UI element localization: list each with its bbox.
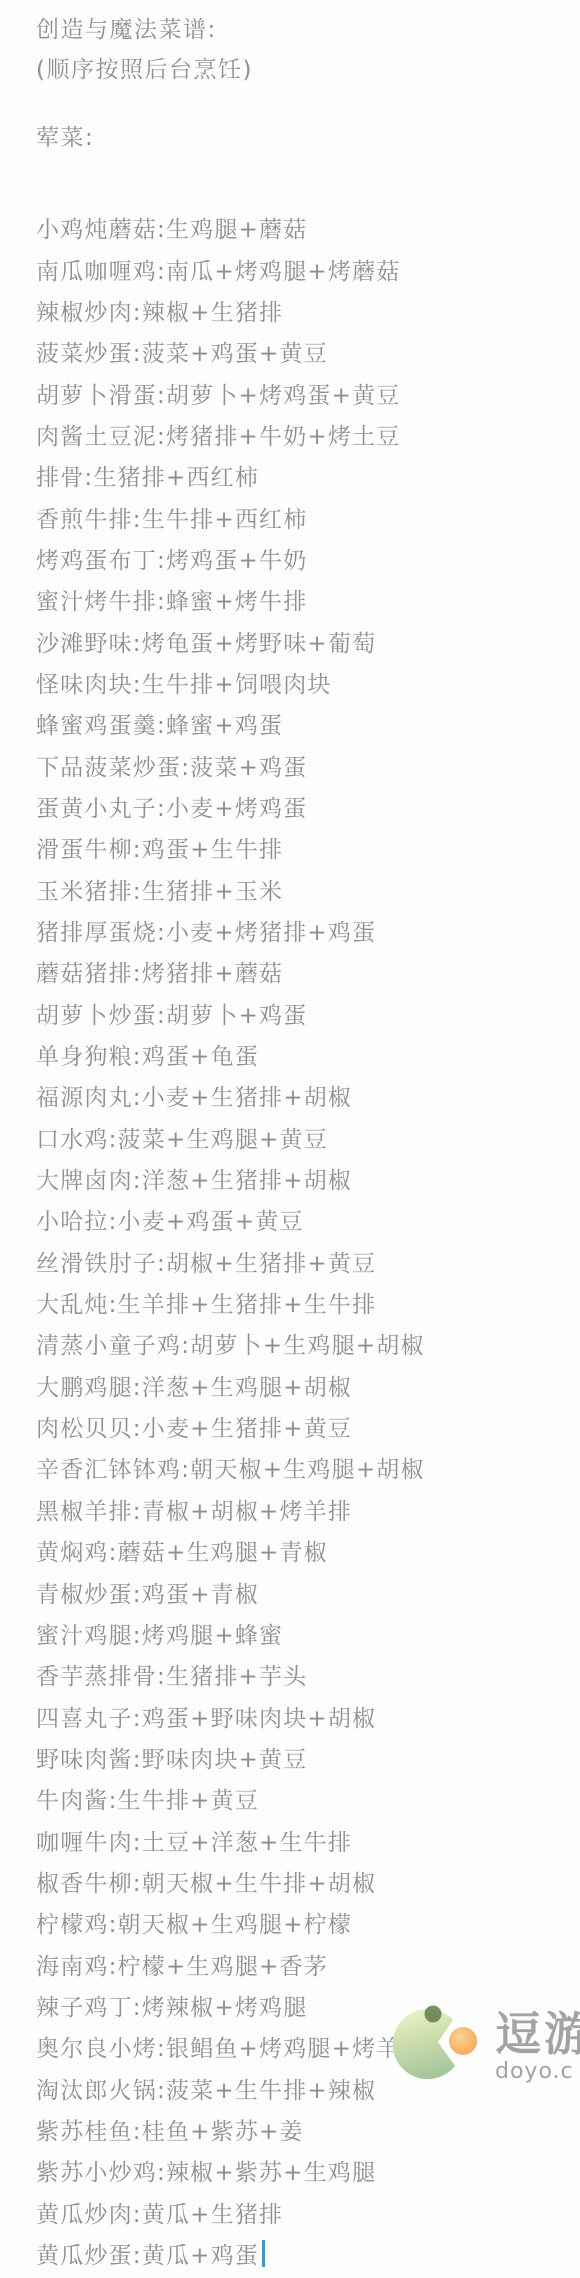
recipe-text: 肉松贝贝:小麦+生猪排+黄豆 <box>36 1410 352 1443</box>
recipe-text: 丝滑铁肘子:胡椒+生猪排+黄豆 <box>36 1245 376 1278</box>
recipe-line: 四喜丸子:鸡蛋+野味肉块+胡椒 <box>36 1695 580 1736</box>
recipe-line: 大牌卤肉:洋葱+生猪排+胡椒 <box>36 1158 580 1199</box>
recipe-line: 柠檬鸡:朝天椒+生鸡腿+柠檬 <box>36 1902 580 1943</box>
recipe-text: 蜜汁鸡腿:烤鸡腿+蜂蜜 <box>36 1617 283 1650</box>
recipe-line: 滑蛋牛柳:鸡蛋+生牛排 <box>36 827 580 868</box>
recipe-text: 福源肉丸:小麦+生猪排+胡椒 <box>36 1079 352 1112</box>
doyo-pacman-icon <box>389 2003 481 2085</box>
recipe-line: 青椒炒蛋:鸡蛋+青椒 <box>36 1571 580 1612</box>
recipe-text: 黑椒羊排:青椒+胡椒+烤羊排 <box>36 1493 352 1526</box>
recipe-line: 单身狗粮:鸡蛋+龟蛋 <box>36 1034 580 1075</box>
recipe-line: 下品菠菜炒蛋:菠菜+鸡蛋 <box>36 744 580 785</box>
recipe-text: 大牌卤肉:洋葱+生猪排+胡椒 <box>36 1162 352 1195</box>
recipe-line: 牛肉酱:生牛排+黄豆 <box>36 1778 580 1819</box>
recipe-line: 蜜汁鸡腿:烤鸡腿+蜂蜜 <box>36 1613 580 1654</box>
recipe-line: 野味肉酱:野味肉块+黄豆 <box>36 1737 580 1778</box>
recipe-text: 辛香汇钵钵鸡:朝天椒+生鸡腿+胡椒 <box>36 1451 425 1484</box>
document-page: 创造与魔法菜谱: (顺序按照后台烹饪) 荤菜: 小鸡炖蘑菇:生鸡腿+蘑菇南瓜咖喱… <box>0 0 580 2278</box>
recipe-line: 肉酱土豆泥:烤猪排+牛奶+烤土豆 <box>36 414 580 455</box>
recipe-line: 咖喱牛肉:土豆+洋葱+生牛排 <box>36 1819 580 1860</box>
recipe-line: 紫苏小炒鸡:辣椒+紫苏+生鸡腿 <box>36 2150 580 2191</box>
recipe-text: 小哈拉:小麦+鸡蛋+黄豆 <box>36 1203 304 1236</box>
doyo-watermark: 逗游 doyo.c <box>389 2003 580 2095</box>
recipe-line: 肉松贝贝:小麦+生猪排+黄豆 <box>36 1406 580 1447</box>
recipe-text: 黄瓜炒蛋:黄瓜+鸡蛋 <box>36 2237 259 2270</box>
recipe-line: 南瓜咖喱鸡:南瓜+烤鸡腿+烤蘑菇 <box>36 248 580 289</box>
recipe-text: 四喜丸子:鸡蛋+野味肉块+胡椒 <box>36 1700 376 1733</box>
recipe-line: 小哈拉:小麦+鸡蛋+黄豆 <box>36 1199 580 1240</box>
recipe-line: 黄瓜炒蛋:黄瓜+鸡蛋 <box>36 2233 580 2274</box>
recipe-line: 怪味肉块:生牛排+饲喂肉块 <box>36 662 580 703</box>
recipe-line: 大乱炖:生羊排+生猪排+生牛排 <box>36 1282 580 1323</box>
recipe-line: 猪排厚蛋烧:小麦+烤猪排+鸡蛋 <box>36 910 580 951</box>
recipe-text: 排骨:生猪排+西红柿 <box>36 459 259 492</box>
recipe-text: 辣椒炒肉:辣椒+生猪排 <box>36 294 283 327</box>
recipe-line: 辛香汇钵钵鸡:朝天椒+生鸡腿+胡椒 <box>36 1447 580 1488</box>
watermark-text: 逗游 doyo.c <box>495 2009 580 2084</box>
recipe-line: 椒香牛柳:朝天椒+生牛排+胡椒 <box>36 1861 580 1902</box>
recipe-line: 排骨:生猪排+西红柿 <box>36 455 580 496</box>
recipe-text: 下品菠菜炒蛋:菠菜+鸡蛋 <box>36 749 307 782</box>
recipe-text: 海南鸡:柠檬+生鸡腿+香茅 <box>36 1948 328 1981</box>
recipe-line: 紫苏桂鱼:桂鱼+紫苏+姜 <box>36 2109 580 2150</box>
recipe-text: 清蒸小童子鸡:胡萝卜+生鸡腿+胡椒 <box>36 1327 425 1360</box>
recipe-line: 胡萝卜炒蛋:胡萝卜+鸡蛋 <box>36 993 580 1034</box>
recipe-list: 小鸡炖蘑菇:生鸡腿+蘑菇南瓜咖喱鸡:南瓜+烤鸡腿+烤蘑菇辣椒炒肉:辣椒+生猪排菠… <box>36 207 580 2274</box>
recipe-text: 咖喱牛肉:土豆+洋葱+生牛排 <box>36 1824 352 1857</box>
recipe-text: 牛肉酱:生牛排+黄豆 <box>36 1782 259 1815</box>
recipe-line: 菠菜炒蛋:菠菜+鸡蛋+黄豆 <box>36 331 580 372</box>
recipe-text: 蘑菇猪排:烤猪排+蘑菇 <box>36 955 283 988</box>
recipe-line: 黄焖鸡:蘑菇+生鸡腿+青椒 <box>36 1530 580 1571</box>
recipe-text: 怪味肉块:生牛排+饲喂肉块 <box>36 666 332 699</box>
recipe-line: 烤鸡蛋布丁:烤鸡蛋+牛奶 <box>36 538 580 579</box>
recipe-line: 丝滑铁肘子:胡椒+生猪排+黄豆 <box>36 1241 580 1282</box>
recipe-line: 大鹏鸡腿:洋葱+生鸡腿+胡椒 <box>36 1365 580 1406</box>
recipe-text: 辣子鸡丁:烤辣椒+烤鸡腿 <box>36 1989 307 2022</box>
watermark-domain: doyo.c <box>495 2060 580 2084</box>
recipe-text: 南瓜咖喱鸡:南瓜+烤鸡腿+烤蘑菇 <box>36 253 401 286</box>
recipe-line: 口水鸡:菠菜+生鸡腿+黄豆 <box>36 1117 580 1158</box>
recipe-text: 玉米猪排:生猪排+玉米 <box>36 873 283 906</box>
recipe-line: 蜜汁烤牛排:蜂蜜+烤牛排 <box>36 579 580 620</box>
watermark-brand-name: 逗游 <box>495 2009 580 2059</box>
recipe-text: 野味肉酱:野味肉块+黄豆 <box>36 1741 307 1774</box>
doc-subtitle: (顺序按照后台烹饪) <box>36 52 580 82</box>
recipe-line: 蘑菇猪排:烤猪排+蘑菇 <box>36 951 580 992</box>
recipe-text: 胡萝卜炒蛋:胡萝卜+鸡蛋 <box>36 997 307 1030</box>
recipe-line: 辣椒炒肉:辣椒+生猪排 <box>36 290 580 331</box>
recipe-text: 紫苏小炒鸡:辣椒+紫苏+生鸡腿 <box>36 2154 376 2187</box>
recipe-text: 菠菜炒蛋:菠菜+鸡蛋+黄豆 <box>36 335 328 368</box>
recipe-text: 黄焖鸡:蘑菇+生鸡腿+青椒 <box>36 1534 328 1567</box>
text-cursor <box>262 2240 265 2267</box>
recipe-text: 沙滩野味:烤龟蛋+烤野味+葡萄 <box>36 625 376 658</box>
text-editor-area[interactable]: 创造与魔法菜谱: (顺序按照后台烹饪) 荤菜: 小鸡炖蘑菇:生鸡腿+蘑菇南瓜咖喱… <box>0 0 580 2278</box>
recipe-line: 蜂蜜鸡蛋羹:蜂蜜+鸡蛋 <box>36 703 580 744</box>
recipe-line: 福源肉丸:小麦+生猪排+胡椒 <box>36 1075 580 1116</box>
recipe-text: 滑蛋牛柳:鸡蛋+生牛排 <box>36 831 283 864</box>
recipe-text: 柠檬鸡:朝天椒+生鸡腿+柠檬 <box>36 1906 352 1939</box>
recipe-text: 淘汰郎火锅:菠菜+生牛排+辣椒 <box>36 2072 376 2105</box>
recipe-text: 香芋蒸排骨:生猪排+芋头 <box>36 1658 307 1691</box>
recipe-text: 蜂蜜鸡蛋羹:蜂蜜+鸡蛋 <box>36 707 283 740</box>
recipe-text: 青椒炒蛋:鸡蛋+青椒 <box>36 1576 259 1609</box>
recipe-line: 香煎牛排:生牛排+西红柿 <box>36 496 580 537</box>
recipe-text: 香煎牛排:生牛排+西红柿 <box>36 501 307 534</box>
recipe-text: 大鹏鸡腿:洋葱+生鸡腿+胡椒 <box>36 1369 352 1402</box>
recipe-text: 肉酱土豆泥:烤猪排+牛奶+烤土豆 <box>36 418 401 451</box>
recipe-line: 香芋蒸排骨:生猪排+芋头 <box>36 1654 580 1695</box>
recipe-text: 小鸡炖蘑菇:生鸡腿+蘑菇 <box>36 211 307 244</box>
recipe-text: 椒香牛柳:朝天椒+生牛排+胡椒 <box>36 1865 376 1898</box>
recipe-line: 清蒸小童子鸡:胡萝卜+生鸡腿+胡椒 <box>36 1323 580 1364</box>
recipe-line: 沙滩野味:烤龟蛋+烤野味+葡萄 <box>36 620 580 661</box>
doc-title: 创造与魔法菜谱: <box>36 12 580 42</box>
section-label-meat-dishes: 荤菜: <box>36 120 580 150</box>
recipe-text: 奥尔良小烤:银鲳鱼+烤鸡腿+烤羊排 <box>36 2030 425 2063</box>
recipe-text: 蛋黄小丸子:小麦+烤鸡蛋 <box>36 790 307 823</box>
recipe-line: 玉米猪排:生猪排+玉米 <box>36 869 580 910</box>
recipe-line: 小鸡炖蘑菇:生鸡腿+蘑菇 <box>36 207 580 248</box>
recipe-text: 单身狗粮:鸡蛋+龟蛋 <box>36 1038 259 1071</box>
recipe-line: 海南鸡:柠檬+生鸡腿+香茅 <box>36 1943 580 1984</box>
recipe-line: 黑椒羊排:青椒+胡椒+烤羊排 <box>36 1489 580 1530</box>
recipe-text: 蜜汁烤牛排:蜂蜜+烤牛排 <box>36 583 307 616</box>
recipe-text: 大乱炖:生羊排+生猪排+生牛排 <box>36 1286 376 1319</box>
recipe-line: 蛋黄小丸子:小麦+烤鸡蛋 <box>36 786 580 827</box>
recipe-text: 胡萝卜滑蛋:胡萝卜+烤鸡蛋+黄豆 <box>36 377 401 410</box>
recipe-text: 口水鸡:菠菜+生鸡腿+黄豆 <box>36 1121 328 1154</box>
recipe-text: 紫苏桂鱼:桂鱼+紫苏+姜 <box>36 2113 304 2146</box>
recipe-text: 猪排厚蛋烧:小麦+烤猪排+鸡蛋 <box>36 914 376 947</box>
recipe-line: 胡萝卜滑蛋:胡萝卜+烤鸡蛋+黄豆 <box>36 372 580 413</box>
recipe-text: 烤鸡蛋布丁:烤鸡蛋+牛奶 <box>36 542 307 575</box>
recipe-text: 黄瓜炒肉:黄瓜+生猪排 <box>36 2196 283 2229</box>
recipe-line: 黄瓜炒肉:黄瓜+生猪排 <box>36 2192 580 2233</box>
